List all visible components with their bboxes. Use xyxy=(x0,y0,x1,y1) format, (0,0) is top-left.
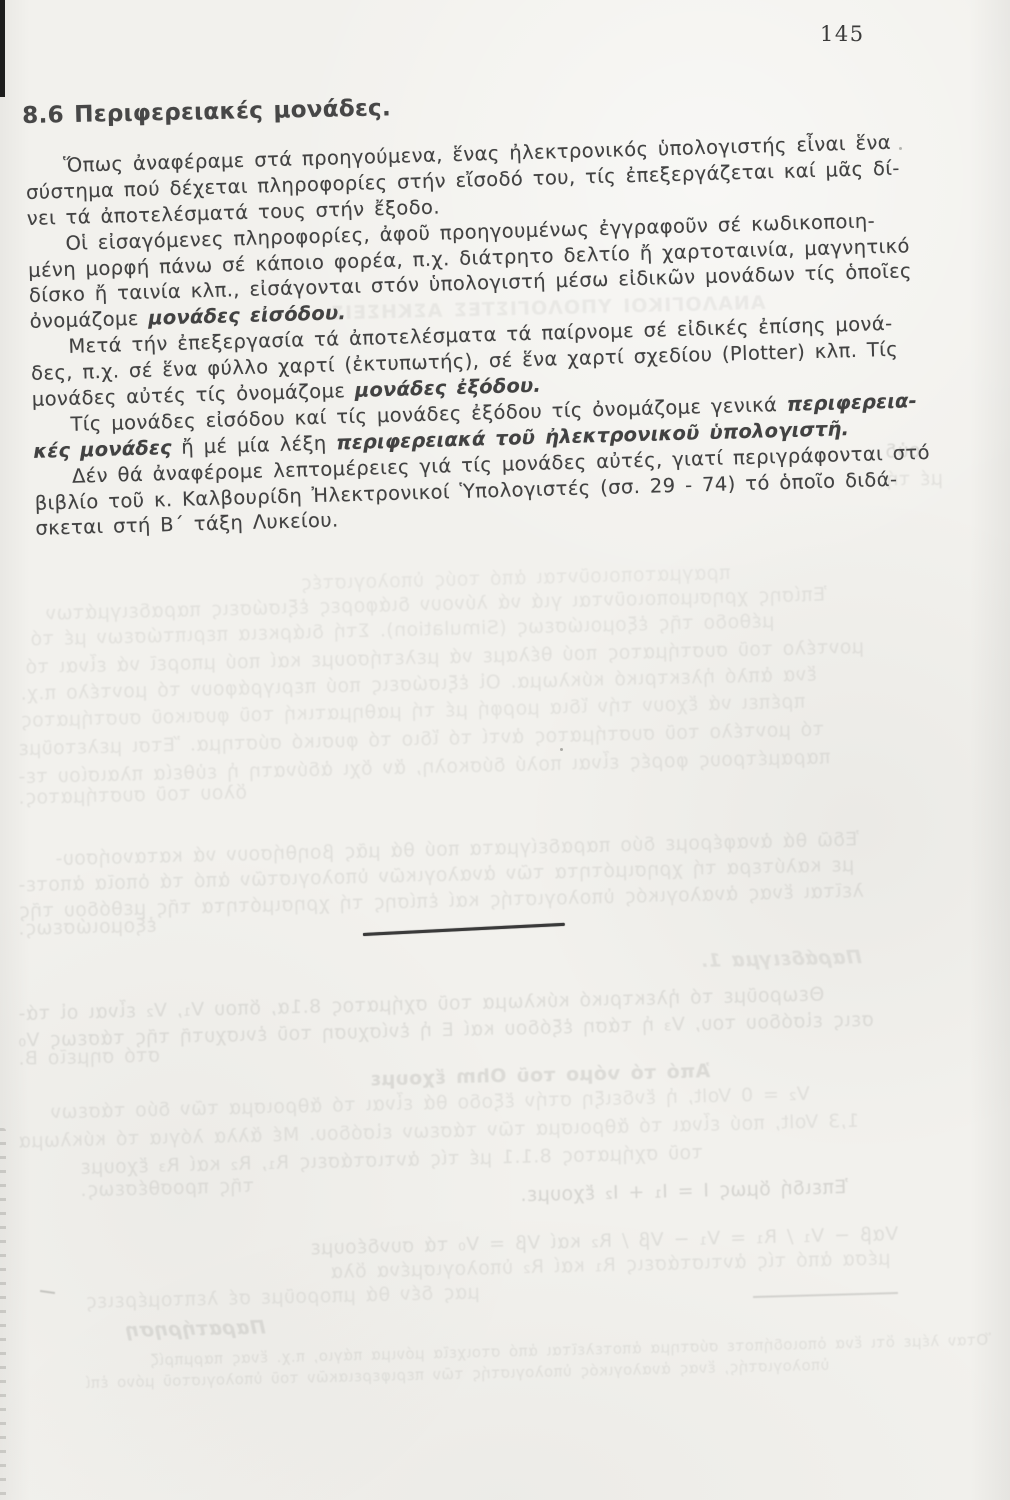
bold-term: περιφερεια- xyxy=(786,389,917,416)
bleed-through-line: Ἐπειδή ὅμως I = I₁ + I₂ ἔχουμε. xyxy=(520,1176,848,1206)
section-divider xyxy=(363,923,565,936)
bleed-through-line: ὅλου τοῦ συστήματος. xyxy=(18,781,248,809)
body-text: Ὅπως ἀναφέραμε στά προηγούμενα, ἕνας ἠλε… xyxy=(25,130,896,542)
left-edge-perforation xyxy=(0,1128,6,1500)
bold-term: κές μονάδες xyxy=(33,436,172,463)
scanned-page: 145 8.6 Περιφερειακές μονάδες. Ὅπως ἀναφ… xyxy=(0,0,1010,1500)
bleed-through-line: στό σημεῖο Β. xyxy=(18,1044,160,1069)
bleed-through-line: ἐξομοιώσεως. xyxy=(18,914,157,939)
bleed-through-rule xyxy=(753,1292,898,1298)
bleed-through-line: Παράδειγμα 1. xyxy=(700,946,862,972)
bold-term: μονάδες ἐξόδου. xyxy=(355,374,542,402)
page-edge-mark xyxy=(40,1290,55,1294)
left-edge-strip xyxy=(0,0,5,97)
ink-speck xyxy=(560,748,563,751)
page-number: 145 xyxy=(820,22,865,46)
bleed-through-line: τῆς προσθέσεως. xyxy=(80,1175,255,1201)
section-heading: 8.6 Περιφερειακές μονάδες. xyxy=(22,95,391,129)
bleed-through-line: μας δέν θά μποροῦμε σέ λεπτομέρειες xyxy=(85,1281,480,1313)
ink-speck xyxy=(899,147,902,150)
bleed-through-line: μέ τή xyxy=(886,467,943,490)
bleed-through-line: οὐδ xyxy=(885,440,921,463)
bleed-through-line: Παρατήρηση xyxy=(125,1316,266,1341)
bold-term: μονάδες εἰσόδου. xyxy=(148,301,346,330)
